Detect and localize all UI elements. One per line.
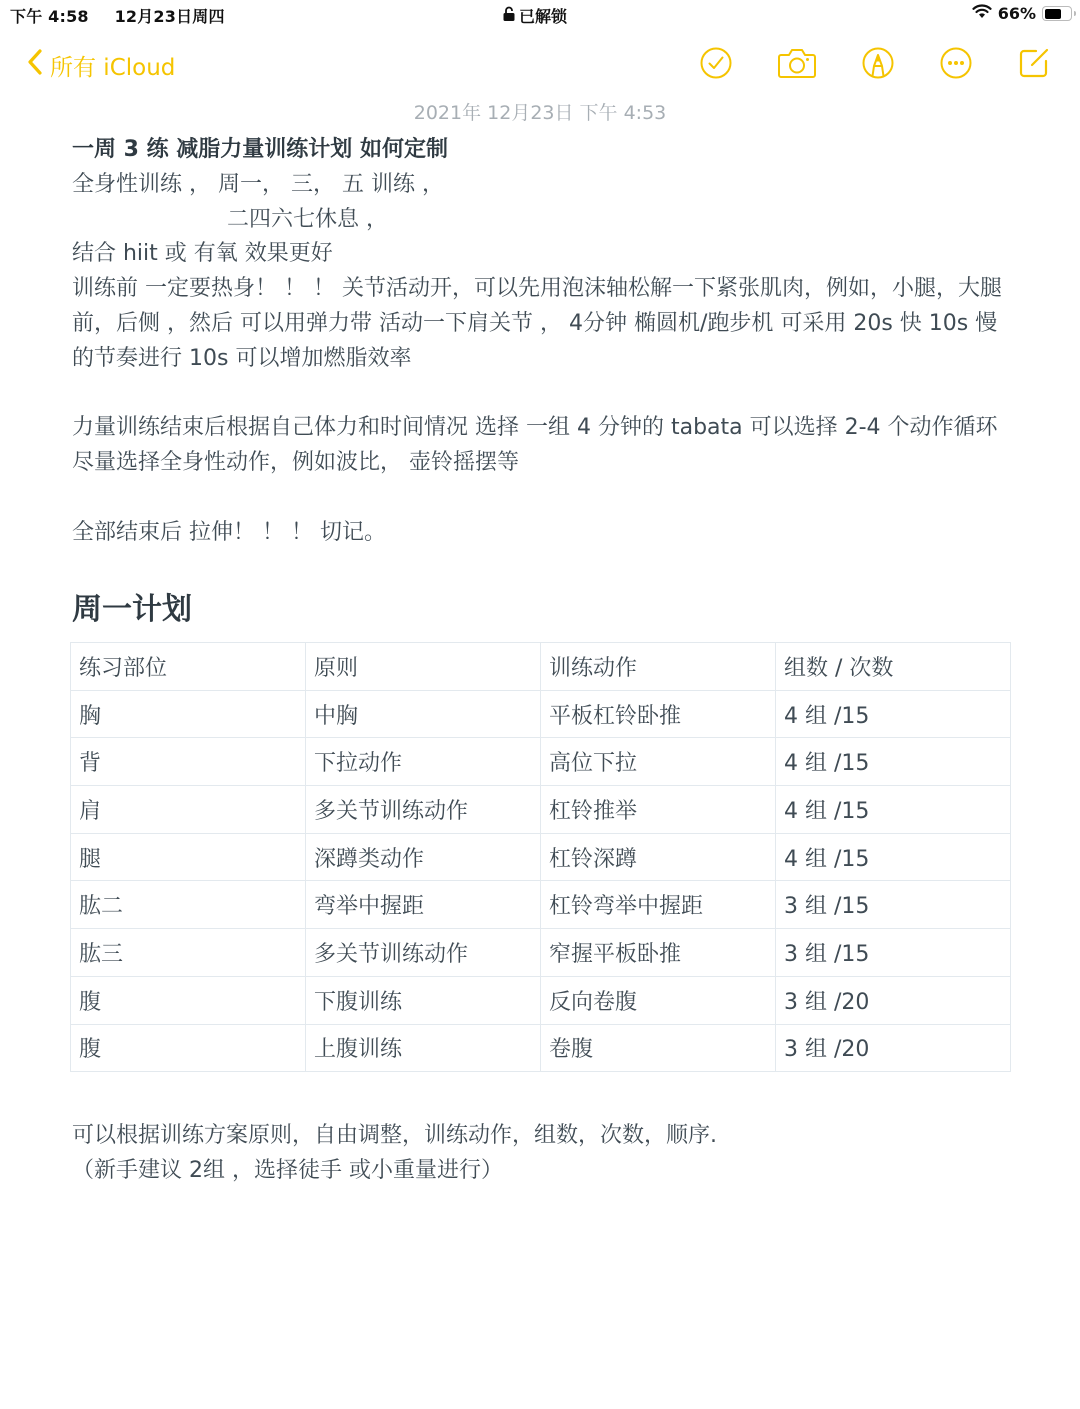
nav-bar: 所有 iCloud (0, 38, 1080, 90)
table-cell[interactable]: 多关节训练动作 (306, 929, 541, 977)
battery-fill (1045, 9, 1062, 19)
markup-button[interactable] (859, 46, 897, 84)
table-cell[interactable]: 上腹训练 (306, 1024, 541, 1072)
status-date: 12月23日周四 (115, 7, 225, 26)
table-cell[interactable]: 3 组 /20 (776, 976, 1011, 1024)
note-body[interactable]: 一周 3 练 减脂力量训练计划 如何定制 全身性训练 ， 周一， 三， 五 训练… (72, 133, 1012, 551)
table-header-cell[interactable]: 原则 (306, 643, 541, 691)
checklist-icon (699, 46, 733, 84)
table-cell[interactable]: 4 组 /15 (776, 738, 1011, 786)
table-cell[interactable]: 背 (71, 738, 306, 786)
status-time-date: 下午 4:58 12月23日周四 (10, 4, 225, 27)
camera-button[interactable] (776, 46, 818, 84)
table-row: 背 下拉动作 高位下拉 4 组 /15 (71, 738, 1011, 786)
lock-status: 已解锁 (503, 4, 567, 27)
table-cell[interactable]: 卷腹 (541, 1024, 776, 1072)
table-cell[interactable]: 3 组 /20 (776, 1024, 1011, 1072)
status-indicators: 66% (972, 4, 1072, 23)
more-button[interactable] (937, 46, 975, 84)
table-row: 腹 上腹训练 卷腹 3 组 /20 (71, 1024, 1011, 1072)
table-cell[interactable]: 肱三 (71, 929, 306, 977)
table-cell[interactable]: 3 组 /15 (776, 929, 1011, 977)
markup-icon (861, 46, 895, 84)
table-cell[interactable]: 肩 (71, 786, 306, 834)
note-date: 2021年 12月23日 下午 4:53 (0, 98, 1080, 125)
table-cell[interactable]: 平板杠铃卧推 (541, 690, 776, 738)
table-cell[interactable]: 高位下拉 (541, 738, 776, 786)
table-header-row: 练习部位 原则 训练动作 组数 / 次数 (71, 643, 1011, 691)
wifi-icon (972, 4, 992, 23)
table-header-cell[interactable]: 组数 / 次数 (776, 643, 1011, 691)
table-cell[interactable]: 4 组 /15 (776, 690, 1011, 738)
table-cell[interactable]: 多关节训练动作 (306, 786, 541, 834)
table-row: 腿 深蹲类动作 杠铃深蹲 4 组 /15 (71, 833, 1011, 881)
footer-notes[interactable]: 可以根据训练方案原则，自由调整，训练动作，组数，次数，顺序. （新手建议 2组 … (72, 1118, 1012, 1188)
note-line: 全部结束后 拉伸！ ！ ！ 切记。 (72, 516, 1012, 551)
plan-table[interactable]: 练习部位 原则 训练动作 组数 / 次数 胸 中胸 平板杠铃卧推 4 组 /15… (70, 642, 1011, 1072)
note-line: 二四六七休息 ， (72, 203, 1012, 238)
note-paragraph: 训练前 一定要热身！ ！ ！ 关节活动开，可以先用泡沫轴松解一下紧张肌肉，例如，… (72, 272, 1012, 376)
table-row: 肩 多关节训练动作 杠铃推举 4 组 /15 (71, 786, 1011, 834)
table-cell[interactable]: 4 组 /15 (776, 833, 1011, 881)
blank-line (72, 377, 1012, 412)
table-cell[interactable]: 下腹训练 (306, 976, 541, 1024)
note-line: （新手建议 2组 ，选择徒手 或小重量进行） (72, 1153, 1012, 1188)
table-cell[interactable]: 深蹲类动作 (306, 833, 541, 881)
battery-percent: 66% (998, 4, 1036, 23)
table-row: 胸 中胸 平板杠铃卧推 4 组 /15 (71, 690, 1011, 738)
table-cell[interactable]: 杠铃弯举中握距 (541, 881, 776, 929)
compose-button[interactable] (1015, 46, 1053, 84)
note-line: 全身性训练 ， 周一， 三， 五 训练 ， (72, 168, 1012, 203)
table-cell[interactable]: 杠铃推举 (541, 786, 776, 834)
table-cell[interactable]: 弯举中握距 (306, 881, 541, 929)
table-cell[interactable]: 腹 (71, 1024, 306, 1072)
table-cell[interactable]: 腿 (71, 833, 306, 881)
lock-icon (503, 6, 515, 25)
table-row: 肱三 多关节训练动作 窄握平板卧推 3 组 /15 (71, 929, 1011, 977)
table-cell[interactable]: 反向卷腹 (541, 976, 776, 1024)
table-cell[interactable]: 4 组 /15 (776, 786, 1011, 834)
more-icon (939, 46, 973, 84)
table-cell[interactable]: 窄握平板卧推 (541, 929, 776, 977)
lock-status-label: 已解锁 (519, 4, 567, 27)
section-heading: 周一计划 (72, 584, 192, 628)
table-cell[interactable]: 3 组 /15 (776, 881, 1011, 929)
table-cell[interactable]: 中胸 (306, 690, 541, 738)
back-button[interactable]: 所有 iCloud (26, 48, 175, 82)
status-bar: 下午 4:58 12月23日周四 已解锁 66% (0, 0, 1080, 28)
table-cell[interactable]: 胸 (71, 690, 306, 738)
note-line: 可以根据训练方案原则，自由调整，训练动作，组数，次数，顺序. (72, 1118, 1012, 1153)
table-row: 肱二 弯举中握距 杠铃弯举中握距 3 组 /15 (71, 881, 1011, 929)
table-header-cell[interactable]: 训练动作 (541, 643, 776, 691)
table-cell[interactable]: 杠铃深蹲 (541, 833, 776, 881)
status-time: 下午 4:58 (10, 7, 89, 26)
table-cell[interactable]: 下拉动作 (306, 738, 541, 786)
compose-icon (1016, 45, 1052, 85)
battery-icon (1042, 6, 1072, 21)
checklist-button[interactable] (697, 46, 735, 84)
blank-line (72, 481, 1012, 516)
table-header-cell[interactable]: 练习部位 (71, 643, 306, 691)
table-row: 腹 下腹训练 反向卷腹 3 组 /20 (71, 976, 1011, 1024)
back-button-label: 所有 iCloud (50, 49, 175, 82)
chevron-left-icon (26, 48, 44, 82)
note-line: 结合 hiit 或 有氧 效果更好 (72, 237, 1012, 272)
table-cell[interactable]: 肱二 (71, 881, 306, 929)
note-paragraph: 力量训练结束后根据自己体力和时间情况 选择 一组 4 分钟的 tabata 可以… (72, 411, 1012, 481)
table-cell[interactable]: 腹 (71, 976, 306, 1024)
note-title: 一周 3 练 减脂力量训练计划 如何定制 (72, 133, 1012, 168)
camera-icon (777, 47, 817, 83)
